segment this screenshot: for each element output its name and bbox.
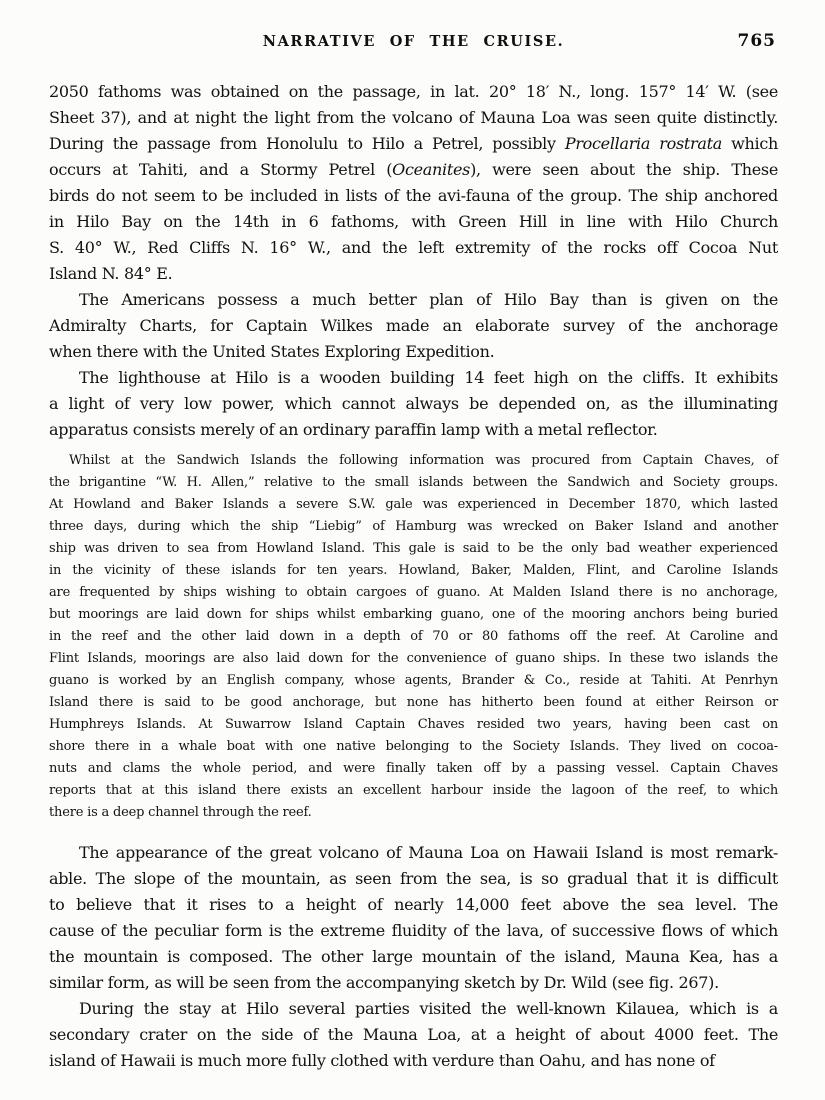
text-segment: but moorings are laid down for ships whi… [49,607,778,622]
text-line: but moorings are laid down for ships whi… [49,604,778,626]
text-segment: similar form, as will be seen from the a… [49,973,719,992]
page-number: 765 [738,31,777,51]
text-line: three days, during which the ship “Liebi… [49,516,778,538]
text-segment: 2050 fathoms was obtained on the passage… [49,82,778,101]
text-line: a light of very low power, which cannot … [49,391,778,417]
paragraph: 2050 fathoms was obtained on the passage… [49,79,778,287]
text-segment: there is a deep channel through the reef… [49,805,312,820]
paragraph: The appearance of the great volcano of M… [49,840,778,996]
text-line: Island there is said to be good anchorag… [49,692,778,714]
text-line: in the reef and the other laid down in a… [49,626,778,648]
text-segment: At Howland and Baker Islands a severe S.… [49,497,778,512]
text-segment: During the passage from Honolulu to Hilo… [49,134,565,153]
text-line: ship was driven to sea from Howland Isla… [49,538,778,560]
text-line: the mountain is composed. The other larg… [49,944,778,970]
text-line: The Americans possess a much better plan… [49,287,778,313]
page-header: NARRATIVE OF THE CRUISE. 765 [49,33,778,57]
text-line: reports that at this island there exists… [49,780,778,802]
text-segment: Island N. 84° E. [49,264,172,283]
text-line: The appearance of the great volcano of M… [49,840,778,866]
text-segment: three days, during which the ship “Liebi… [49,519,778,534]
text-line: apparatus consists merely of an ordinary… [49,417,778,443]
text-segment: when there with the United States Explor… [49,342,494,361]
text-line: to believe that it rises to a height of … [49,892,778,918]
text-segment: Flint Islands, moorings are also laid do… [49,651,778,666]
text-line: occurs at Tahiti, and a Stormy Petrel (O… [49,157,778,183]
text-line: During the stay at Hilo several parties … [49,996,778,1022]
paragraph: The lighthouse at Hilo is a wooden build… [49,365,778,443]
text-line: there is a deep channel through the reef… [49,802,778,824]
text-segment: Whilst at the Sandwich Islands the follo… [69,453,778,468]
text-line: able. The slope of the mountain, as seen… [49,866,778,892]
text-segment: S. 40° W., Red Cliffs N. 16° W., and the… [49,238,778,257]
text-segment: During the stay at Hilo several parties … [79,999,778,1018]
text-segment: Island there is said to be good anchorag… [49,695,778,710]
text-line: cause of the peculiar form is the extrem… [49,918,778,944]
text-segment: secondary crater on the side of the Maun… [49,1025,778,1044]
text-line: S. 40° W., Red Cliffs N. 16° W., and the… [49,235,778,261]
text-line: Whilst at the Sandwich Islands the follo… [49,450,778,472]
italic-text: Oceanites [392,160,470,179]
text-segment: The lighthouse at Hilo is a wooden build… [79,368,778,387]
text-line: the brigantine “W. H. Allen,” relative t… [49,472,778,494]
text-segment: The appearance of the great volcano of M… [79,843,778,862]
text-segment: ship was driven to sea from Howland Isla… [49,541,778,556]
text-line: when there with the United States Explor… [49,339,778,365]
text-segment: able. The slope of the mountain, as seen… [49,869,778,888]
text-line: birds do not seem to be included in list… [49,183,778,209]
text-line: island of Hawaii is much more fully clot… [49,1048,778,1074]
text-line: in the vicinity of these islands for ten… [49,560,778,582]
text-segment: ), were seen about the ship. These [470,160,778,179]
text-line: During the passage from Honolulu to Hilo… [49,131,778,157]
text-segment: apparatus consists merely of an ordinary… [49,420,658,439]
text-line: are frequented by ships wishing to obtai… [49,582,778,604]
text-segment: shore there in a whale boat with one nat… [49,739,778,754]
document-page: NARRATIVE OF THE CRUISE. 765 2050 fathom… [0,0,825,1100]
text-line: shore there in a whale boat with one nat… [49,736,778,758]
text-segment: which [722,134,778,153]
text-segment: Humphreys Islands. At Suwarrow Island Ca… [49,717,778,732]
text-segment: island of Hawaii is much more fully clot… [49,1051,715,1070]
text-segment: to believe that it rises to a height of … [49,895,778,914]
text-line: similar form, as will be seen from the a… [49,970,778,996]
text-segment: Sheet 37), and at night the light from t… [49,108,778,127]
text-segment: the mountain is composed. The other larg… [49,947,778,966]
text-segment: birds do not seem to be included in list… [49,186,778,205]
paragraph: During the stay at Hilo several parties … [49,996,778,1074]
text-line: secondary crater on the side of the Maun… [49,1022,778,1048]
text-segment: guano is worked by an English company, w… [49,673,778,688]
italic-text: Procellaria rostrata [565,134,722,153]
text-line: 2050 fathoms was obtained on the passage… [49,79,778,105]
text-segment: The Americans possess a much better plan… [79,290,778,309]
text-line: Humphreys Islands. At Suwarrow Island Ca… [49,714,778,736]
paragraph: The Americans possess a much better plan… [49,287,778,365]
text-line: The lighthouse at Hilo is a wooden build… [49,365,778,391]
text-line: Sheet 37), and at night the light from t… [49,105,778,131]
text-segment: occurs at Tahiti, and a Stormy Petrel ( [49,160,392,179]
text-line: At Howland and Baker Islands a severe S.… [49,494,778,516]
text-line: guano is worked by an English company, w… [49,670,778,692]
text-segment: nuts and clams the whole period, and wer… [49,761,778,776]
text-line: in Hilo Bay on the 14th in 6 fathoms, wi… [49,209,778,235]
paragraph: Whilst at the Sandwich Islands the follo… [49,450,778,824]
text-block: 2050 fathoms was obtained on the passage… [49,79,778,1074]
text-segment: in Hilo Bay on the 14th in 6 fathoms, wi… [49,212,778,231]
running-head-title: NARRATIVE OF THE CRUISE. [49,33,778,50]
text-segment: in the reef and the other laid down in a… [49,629,778,644]
text-line: Island N. 84° E. [49,261,778,287]
text-segment: in the vicinity of these islands for ten… [49,563,778,578]
text-line: Flint Islands, moorings are also laid do… [49,648,778,670]
text-line: Admiralty Charts, for Captain Wilkes mad… [49,313,778,339]
text-segment: reports that at this island there exists… [49,783,778,798]
text-line: nuts and clams the whole period, and wer… [49,758,778,780]
text-segment: the brigantine “W. H. Allen,” relative t… [49,475,778,490]
text-segment: a light of very low power, which cannot … [49,394,778,413]
text-segment: cause of the peculiar form is the extrem… [49,921,778,940]
text-segment: are frequented by ships wishing to obtai… [49,585,778,600]
text-segment: Admiralty Charts, for Captain Wilkes mad… [49,316,778,335]
